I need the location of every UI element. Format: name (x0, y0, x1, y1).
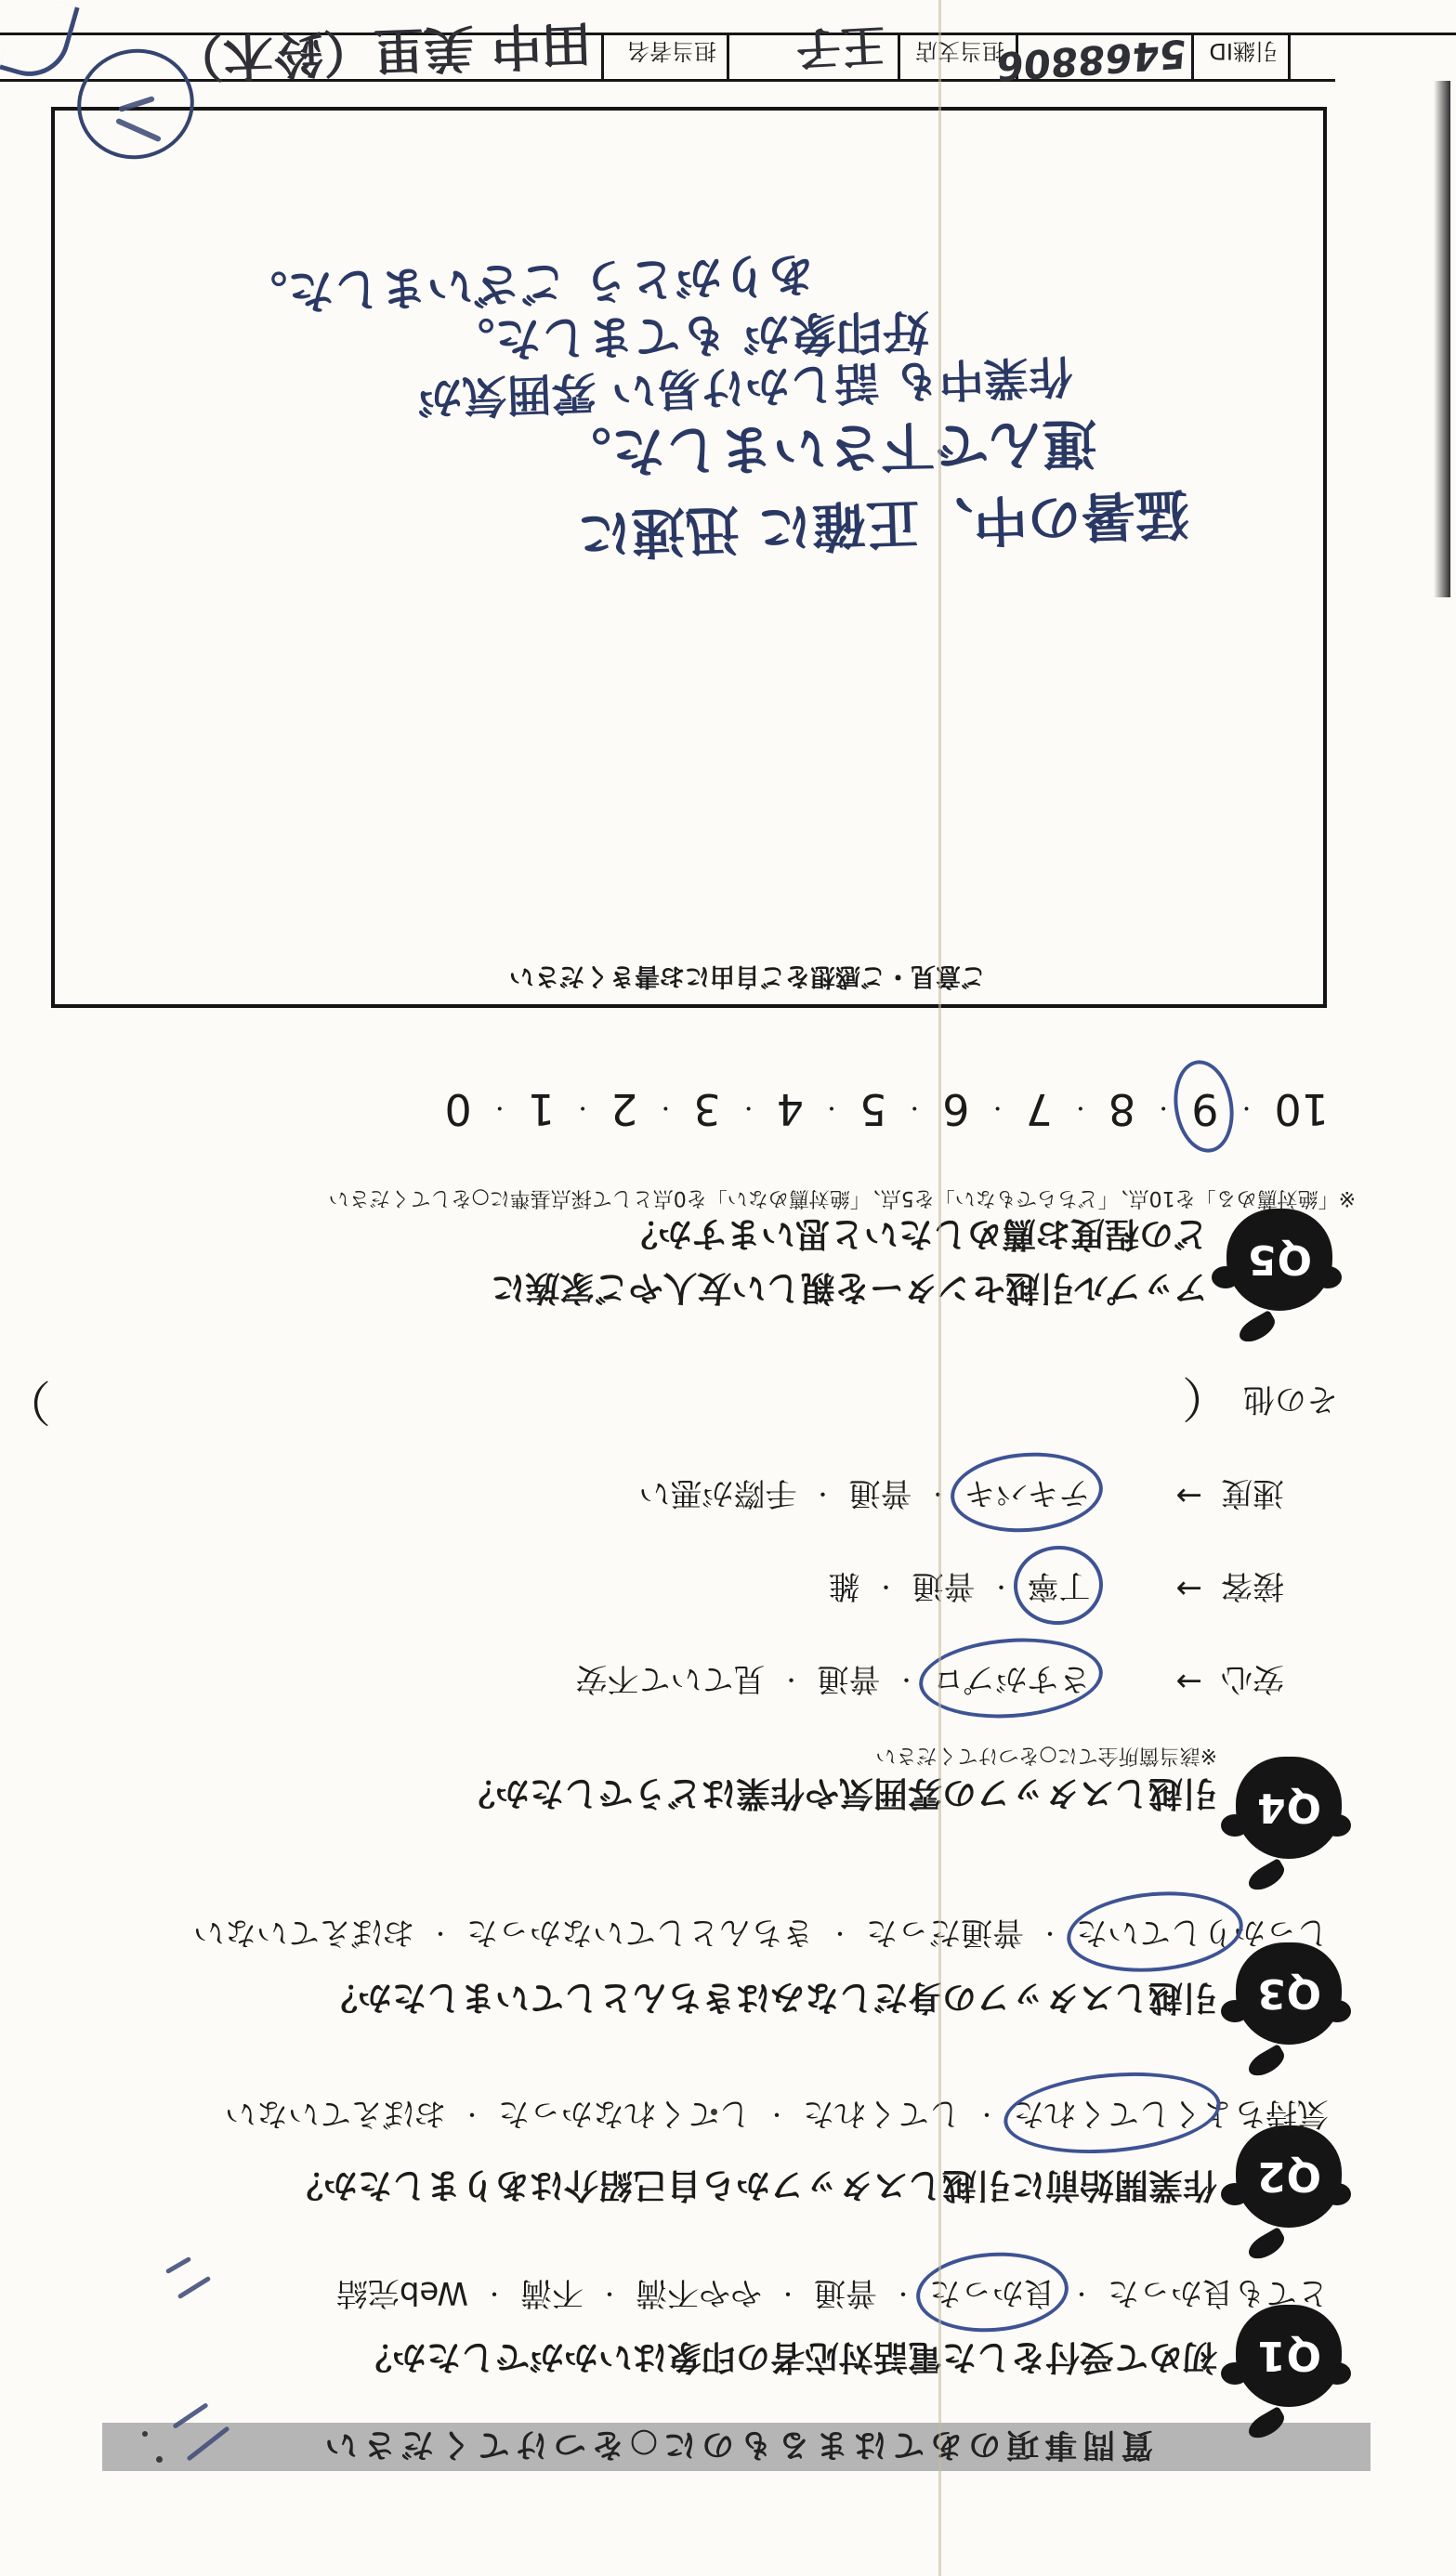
separator-dot: ・ (892, 2280, 914, 2312)
option: 普通 (818, 1659, 881, 1705)
close-paren: ） (3, 1371, 51, 1441)
separator-dot: ・ (490, 1095, 510, 1124)
field-label-branch: 担当支店 (915, 37, 1004, 70)
option: おぼえていない (225, 2094, 446, 2139)
option-circled: テキパキ (964, 1473, 1091, 1519)
leaf-icon (1244, 2044, 1288, 2081)
scale-value: 5 (859, 1084, 886, 1134)
q2-question: 作業開始前に引越しスタッフから自己紹介はありましたか？ (289, 2164, 1217, 2214)
separator-dot: ・ (739, 1095, 759, 1124)
option: 手際が悪い (639, 1473, 797, 1519)
option: 雑 (829, 1566, 860, 1612)
q5-question-line2: どの程度お薦めしたいと思いますか？ (623, 1212, 1208, 1262)
leaf-icon (1235, 1310, 1279, 1347)
scale-value: 0 (444, 1084, 471, 1134)
field-label-staff: 担当者名 (627, 37, 716, 70)
separator-dot: ・ (988, 1095, 1008, 1124)
separator-dot: ・ (829, 1919, 851, 1952)
option: 普通 (849, 1473, 912, 1519)
option-circled: さすがプロ (933, 1659, 1091, 1705)
q4-badge-label: Q4 (1236, 1757, 1342, 1859)
field-label-id: 引継ID (1209, 37, 1278, 70)
q2-options: 気持ちよくしてくれた ・ してくれた ・ してくれなかった ・ おぼえていない (225, 2094, 1329, 2139)
separator-dot: ・ (990, 1573, 1013, 1605)
option: してくれた (803, 2094, 961, 2139)
separator-dot: ・ (812, 1480, 834, 1512)
table-divider (1288, 33, 1291, 82)
q5-badge-label: Q5 (1226, 1209, 1332, 1311)
option-circled: 良かった (929, 2273, 1056, 2319)
separator-dot: ・ (1070, 2280, 1093, 2312)
option: やや不満 (636, 2273, 762, 2319)
separator-dot: ・ (429, 1919, 452, 1952)
scale-value: 4 (777, 1084, 804, 1134)
separator-dot: ・ (461, 2100, 483, 2133)
q3-options: しっかりしていた ・ 普通だった ・ きちんとしていなかった ・ おぼえていない (193, 1913, 1329, 1958)
leaf-icon (1244, 2227, 1288, 2264)
separator-dot: ・ (904, 1095, 925, 1124)
q3-question: 引越しスタッフの身だしなみはきちんとしていましたか？ (323, 1976, 1217, 2026)
row-label: 接客 (1221, 1566, 1284, 1612)
row-label: 速度 (1221, 1473, 1284, 1519)
separator-dot: ・ (766, 2100, 788, 2133)
option-circled: 気持ちよくしてくれた (1013, 2094, 1329, 2139)
instruction-bar: 質問事項のあてはまるものに○をつけてください (102, 2423, 1371, 2471)
option: してくれなかった (498, 2094, 751, 2139)
scale-value: 1 (528, 1084, 555, 1134)
q4-note: ※該当箇所全てに○をつけてください (875, 1743, 1217, 1772)
q4-row-sokudo: 速度 → テキパキ ・ 普通 ・ 手際が悪い (639, 1473, 1285, 1519)
separator-dot: ・ (1153, 1095, 1174, 1124)
handwritten-staff-names: 田中 美里（鈴木） (172, 11, 593, 98)
option: 普通だった (866, 1913, 1024, 1958)
instruction-bar-text: 質問事項のあてはまるものに○をつけてください (320, 2424, 1154, 2470)
arrow-icon: → (1176, 1478, 1203, 1515)
row-label: 安心 (1221, 1659, 1284, 1705)
scale-value: 2 (610, 1084, 637, 1134)
q5-question-line1: アップル引越センターを親しい友人やご家族に (492, 1266, 1208, 1316)
q4-question: 引越しスタッフの雰囲気や作業はどうでしたか？ (461, 1772, 1217, 1822)
arrow-icon: → (1176, 1571, 1203, 1608)
separator-dot: ・ (1039, 1919, 1061, 1952)
handwritten-branch-value: 王子 (794, 17, 886, 85)
scan-edge-shadow (1434, 81, 1450, 597)
q1-question: 初めて受付をした電話対応者の印象はいかがでしたか？ (358, 2335, 1217, 2386)
table-divider (727, 33, 729, 82)
separator-dot: ・ (780, 1666, 803, 1698)
separator-dot: ・ (572, 1095, 593, 1124)
separator-dot: ・ (598, 2280, 621, 2312)
option: Web完結 (336, 2273, 468, 2319)
ink-dot (711, 2109, 717, 2115)
separator-dot: ・ (655, 1095, 676, 1124)
q4-badge-icon: Q4 (1225, 1749, 1347, 1889)
option: おぼえていない (193, 1913, 414, 1958)
table-divider (898, 33, 900, 82)
scanned-survey-page: 質問事項のあてはまるものに○をつけてください Q1 初めて受付をした電話対応者の… (0, 0, 1456, 2576)
other-label: その他 (1243, 1380, 1338, 1425)
table-divider (1191, 33, 1194, 82)
q5-scale: 10 ・ 9 ・ 8 ・ 7 ・ 6 ・ 5 ・ 4 ・ 3 ・ 2 ・ 1 ・… (444, 1084, 1329, 1134)
separator-dot: ・ (483, 2280, 505, 2312)
q4-other-row: その他 （ (1182, 1367, 1338, 1437)
scale-value: 10 (1274, 1084, 1329, 1134)
q4-row-sekkyaku: 接客 → 丁寧 ・ 普通 ・ 雑 (829, 1566, 1285, 1612)
scale-value: 3 (693, 1084, 720, 1134)
q5-note: ※「絶対薦める」を10点、「どちらでもない」を5点、「絶対薦めない」を0点として… (329, 1185, 1356, 1214)
fold-crease (938, 0, 941, 2576)
scale-value: 7 (1026, 1084, 1053, 1134)
option-circled: 丁寧 (1028, 1566, 1091, 1612)
option: 不満 (520, 2273, 584, 2319)
q2-badge-label: Q2 (1236, 2125, 1342, 2228)
option: 普通 (912, 1566, 976, 1612)
scale-value: 6 (942, 1084, 969, 1134)
survey-sheet: 質問事項のあてはまるものに○をつけてください Q1 初めて受付をした電話対応者の… (0, 0, 1456, 2576)
separator-dot: ・ (976, 2100, 998, 2133)
option: きちんとしていなかった (466, 1913, 814, 1958)
pen-hook-stroke (0, 0, 80, 85)
comment-box-label: ご意見・ご感想をご自由にお書きください (509, 961, 986, 997)
q5-badge-icon: Q5 (1215, 1201, 1338, 1340)
q1-options: とても良かった ・ 良かった ・ 普通 ・ やや不満 ・ 不満 ・ Web完結 (336, 2273, 1329, 2319)
leaf-icon (1244, 1858, 1288, 1895)
option-circled: しっかりしていた (1076, 1913, 1329, 1958)
option: 見ていて不安 (576, 1659, 766, 1705)
scale-value: 8 (1108, 1084, 1135, 1134)
separator-dot: ・ (1070, 1095, 1091, 1124)
scale-value-circled: 9 (1191, 1084, 1218, 1134)
option: 普通 (814, 2273, 877, 2319)
separator-dot: ・ (1236, 1095, 1256, 1124)
q1-badge-label: Q1 (1236, 2305, 1342, 2407)
separator-dot: ・ (777, 2280, 799, 2312)
separator-dot: ・ (875, 1573, 898, 1605)
open-paren: （ (1182, 1367, 1230, 1437)
arrow-icon: → (1176, 1664, 1203, 1701)
table-divider (601, 33, 604, 82)
separator-dot: ・ (896, 1666, 918, 1698)
separator-dot: ・ (821, 1095, 842, 1124)
q4-row-anshin: 安心 → さすがプロ ・ 普通 ・ 見ていて不安 (576, 1659, 1285, 1705)
option: とても良かった (1108, 2273, 1329, 2319)
